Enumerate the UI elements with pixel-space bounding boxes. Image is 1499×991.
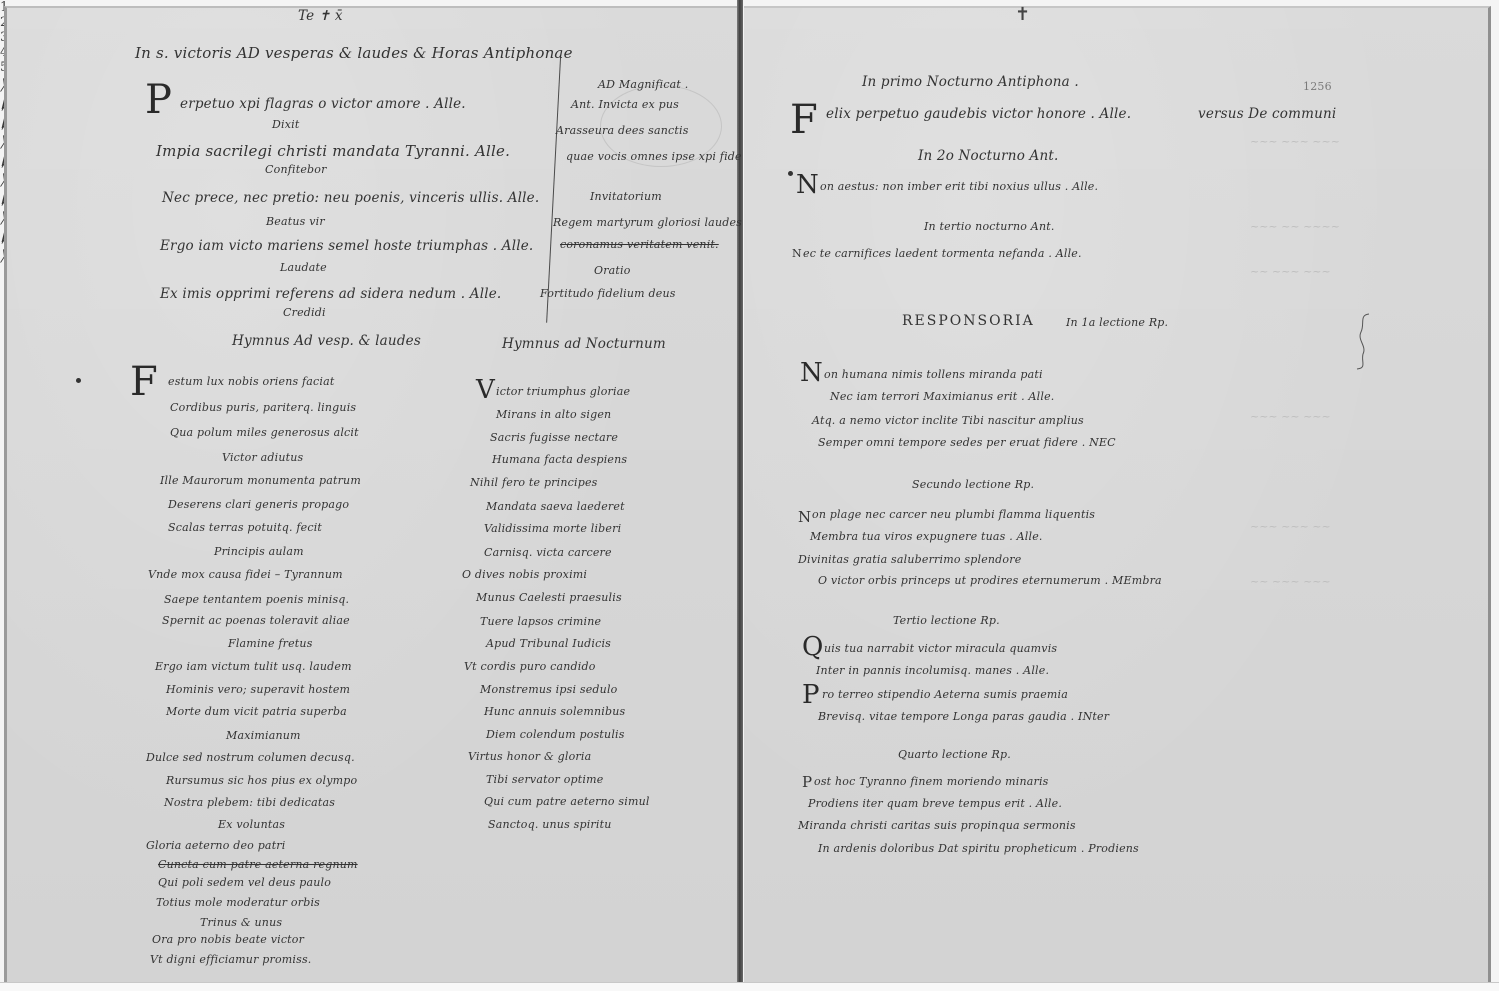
versicle-line: Atq. a nemo victor inclite Tibi nascitur…: [812, 414, 1084, 427]
hymn-line: Vt cordis puro candido: [464, 660, 596, 673]
hymn-adonic: Principis aulam: [214, 545, 304, 558]
margin-dot: [788, 171, 793, 176]
responsoria-subheading: In 1a lectione Rp.: [1066, 316, 1168, 329]
decorated-initial: N: [796, 172, 819, 198]
oratio-heading: Oratio: [594, 264, 631, 277]
bleed-through-text: ~~~ ~~ ~~~~: [1250, 220, 1340, 233]
second-nocturn-antiphon: on aestus: non imber erit tibi noxius ul…: [820, 180, 1098, 193]
versicle-line: In ardenis doloribus Dat spiritu prophet…: [818, 842, 1139, 855]
invitatorium-line: Regem martyrum gloriosi laudes: [553, 216, 742, 229]
responsory-line: ost hoc Tyranno finem moriendo minaris: [814, 775, 1049, 788]
section-heading: Quarto lectione Rp.: [898, 748, 1011, 761]
section-heading: Tertio lectione Rp.: [893, 614, 1000, 627]
decorated-initial: Q: [802, 634, 824, 660]
decorated-initial: P: [145, 80, 172, 120]
bleed-through-text: ~~~ ~~~ ~~: [1250, 520, 1331, 533]
hymn-adonic: Victor adiutus: [222, 451, 303, 464]
hymn-line: Morte dum vicit patria superba: [166, 705, 347, 718]
hymn-line: Munus Caelesti praesulis: [476, 591, 622, 604]
first-nocturn-rubric: versus De communi: [1198, 106, 1336, 122]
hymn-line: Qua polum miles generosus alcit: [170, 426, 359, 439]
versicle-line: Brevisq. vitae tempore Longa paras gaudi…: [818, 710, 1109, 723]
hymn-line: Totius mole moderatur orbis: [156, 896, 320, 909]
hymn-line: Deserens clari generis propago: [168, 498, 349, 511]
versicle-line: ro terreo stipendio Aeterna sumis praemi…: [822, 688, 1068, 701]
hymn-line: Virtus honor & gloria: [468, 750, 591, 763]
top-cross-mark-left: Te ✝ x̄: [298, 8, 343, 24]
psalm-cue: Beatus vir: [266, 215, 325, 228]
psalm-cue: Credidi: [283, 306, 326, 319]
antiphon-text: Impia sacrilegi christi mandata Tyranni.…: [156, 142, 510, 160]
oratio-text: Fortitudo fidelium deus: [540, 287, 676, 300]
hymn-nocturns-heading: Hymnus ad Nocturnum: [502, 336, 666, 352]
responsory-line: on plage nec carcer neu plumbi flamma li…: [812, 508, 1095, 521]
hymn-line: Saepe tentantem poenis minisq.: [164, 593, 349, 606]
margin-bracket-icon: [1355, 312, 1375, 372]
hymn-line: Humana facta despiens: [492, 453, 627, 466]
decorated-initial: F: [130, 362, 158, 402]
hymn-line: Vnde mox causa fidei – Tyrannum: [148, 568, 343, 581]
responsory-line: Prodiens iter quam breve tempus erit . A…: [808, 797, 1062, 810]
versicle-text: Ora pro nobis beate victor: [152, 933, 304, 946]
hymn-line: estum lux nobis oriens faciat: [168, 375, 335, 388]
versicle-line: O victor orbis princeps ut prodires eter…: [818, 574, 1162, 587]
invitatorium-line: coronamus veritatem venit.: [560, 238, 719, 251]
decorated-initial: F: [790, 100, 818, 140]
hymn-line: Nihil fero te principes: [470, 476, 598, 489]
hymn-adonic: Trinus & unus: [200, 916, 282, 929]
hymn-line: Ille Maurorum monumenta patrum: [160, 474, 361, 487]
hymn-adonic: Ex voluntas: [218, 818, 285, 831]
hymn-line: Qui poli sedem vel deus paulo: [158, 876, 331, 889]
bleed-through-text: ~~~ ~~ ~~~: [1250, 410, 1331, 423]
antiphon-text: Ergo iam victo mariens semel hoste trium…: [160, 238, 533, 254]
hymn-line: Mandata saeva laederet: [486, 500, 625, 513]
versicle-line: Divinitas gratia saluberrimo splendore: [798, 553, 1021, 566]
hymn-line: Qui cum patre aeterno simul: [484, 795, 650, 808]
psalm-cue: Confitebor: [265, 163, 327, 176]
magnificat-line: Arasseura dees sanctis: [556, 124, 689, 137]
responsory-line: Nec iam terrori Maximianus erit . Alle.: [830, 390, 1054, 403]
versicle-line: Miranda christi caritas suis propinqua s…: [798, 819, 1076, 832]
second-nocturn-heading: In 2o Nocturno Ant.: [918, 148, 1058, 164]
hymn-line: Hominis vero; superavit hostem: [166, 683, 350, 696]
top-cross-mark-right: ✝: [1015, 4, 1030, 25]
responsory-line: Membra tua viros expugnere tuas . Alle.: [810, 530, 1043, 543]
manuscript-spread: Te ✝ x̄ ✝ In s. victoris AD vesperas & l…: [0, 0, 1499, 991]
bleed-through-text: ~~ ~~~ ~~~: [1250, 575, 1331, 588]
hymn-line: ictor triumphus gloriae: [496, 385, 630, 398]
hymn-line: Sanctoq. unus spiritu: [488, 818, 612, 831]
antiphon-text: Nec prece, nec pretio: neu poenis, vince…: [162, 190, 539, 206]
hymn-line: O dives nobis proximi: [462, 568, 587, 581]
right-page: [744, 6, 1491, 985]
psalm-cue: Laudate: [280, 261, 327, 274]
section-heading: Secundo lectione Rp.: [912, 478, 1034, 491]
hymn-line: Spernit ac poenas toleravit aliae: [162, 614, 350, 627]
hymn-line: Ergo iam victum tulit usq. laudem: [155, 660, 352, 673]
hymn-adonic: Flamine fretus: [228, 637, 313, 650]
hymn-line: Gloria aeterno deo patri: [146, 839, 286, 852]
hymn-line: Dulce sed nostrum columen decusq.: [146, 751, 355, 764]
responsory-line: uis tua narrabit victor miracula quamvis: [824, 642, 1057, 655]
decorated-initial: P: [802, 682, 820, 708]
book-gutter: [737, 0, 743, 991]
margin-dot: [76, 378, 81, 383]
hymn-line: Carnisq. victa carcere: [484, 546, 612, 559]
antiphon-text: erpetuo xpi flagras o victor amore . All…: [180, 96, 466, 112]
responsoria-heading: RESPONSORIA: [902, 313, 1035, 329]
hymn-line: Rursumus sic hos pius ex olympo: [166, 774, 357, 787]
hymn-line: Diem colendum postulis: [486, 728, 625, 741]
hymn-line: Tibi servator optime: [486, 773, 603, 786]
hymn-vespers-heading: Hymnus Ad vesp. & laudes: [232, 333, 421, 349]
hymn-line: Mirans in alto sigen: [496, 408, 611, 421]
magnificat-heading: AD Magnificat .: [598, 78, 688, 91]
folio-number: 1256: [1303, 80, 1332, 93]
psalm-cue: Dixit: [272, 118, 299, 131]
versicle-line: Semper omni tempore sedes per eruat fide…: [818, 436, 1116, 449]
first-nocturn-heading: In primo Nocturno Antiphona .: [862, 74, 1079, 90]
responsory-line: Inter in pannis incolumisq. manes . Alle…: [816, 664, 1049, 677]
hymn-line: Hunc annuis solemnibus: [484, 705, 625, 718]
hymn-line: Apud Tribunal Iudicis: [486, 637, 611, 650]
third-nocturn-antiphon: ec te carnifices laedent tormenta nefand…: [803, 247, 1082, 260]
left-page-heading: In s. victoris AD vesperas & laudes & Ho…: [135, 44, 573, 62]
decorated-initial: N: [792, 247, 802, 260]
invitatorium-heading: Invitatorium: [590, 190, 662, 203]
magnificat-line: quae vocis omnes ipse xpi fide: [566, 150, 742, 163]
bleed-through-text: ~~~ ~~~ ~~~: [1250, 135, 1340, 148]
hymn-line-struck: Cuncta cum patre aeterna regnum: [158, 858, 358, 871]
hymn-line: Scalas terras potuitq. fecit: [168, 521, 322, 534]
hymn-adonic: Maximianum: [226, 729, 301, 742]
hymn-line: Validissima morte liberi: [484, 522, 621, 535]
bleed-through-text: ~~ ~~~ ~~~: [1250, 265, 1331, 278]
decorated-initial: P: [802, 773, 812, 791]
antiphon-text: Ex imis opprimi referens ad sidera nedum…: [160, 286, 501, 302]
decorated-initial: V: [476, 377, 495, 403]
hymn-line: Nostra plebem: tibi dedicatas: [164, 796, 335, 809]
responsory-line: on humana nimis tollens miranda pati: [824, 368, 1043, 381]
magnificat-antiphon-label: Ant. Invicta ex pus: [571, 98, 679, 111]
hymn-line: Monstremus ipsi sedulo: [480, 683, 618, 696]
decorated-initial: N: [800, 360, 823, 386]
hymn-line: Sacris fugisse nectare: [490, 431, 618, 444]
first-nocturn-antiphon: elix perpetuo gaudebis victor honore . A…: [826, 106, 1131, 122]
hymn-line: Tuere lapsos crimine: [480, 615, 601, 628]
response-text: Vt digni efficiamur promiss.: [150, 953, 312, 966]
third-nocturn-heading: In tertio nocturno Ant.: [924, 220, 1055, 233]
decorated-initial: N: [798, 508, 811, 526]
hymn-line: Cordibus puris, pariterq. linguis: [170, 401, 356, 414]
page-bottom-edge: [0, 982, 1499, 991]
